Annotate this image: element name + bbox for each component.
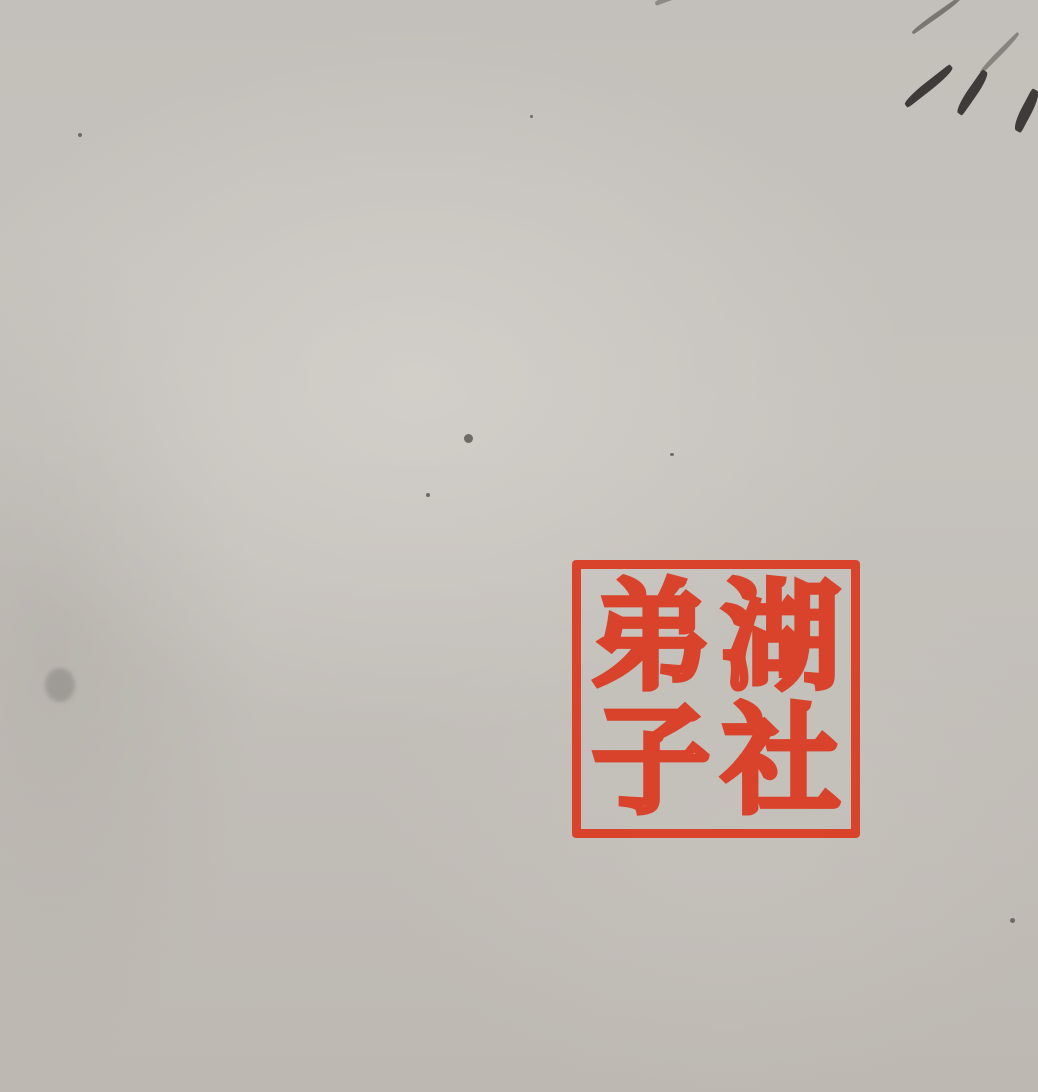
red-seal: 湖 社 弟 子 [572, 560, 860, 838]
seal-char: 社 [722, 702, 840, 820]
seal-right-column: 湖 社 [717, 575, 845, 823]
paper-speck [530, 115, 533, 118]
paper-speck [670, 453, 674, 456]
paper-speck [426, 493, 430, 497]
paper-speck [78, 133, 82, 137]
paper-speck [45, 668, 75, 702]
paper-background [0, 0, 1038, 1092]
seal-char: 弟 [592, 578, 710, 696]
seal-char: 湖 [722, 578, 840, 696]
seal-char: 子 [592, 702, 710, 820]
seal-left-column: 弟 子 [587, 575, 715, 823]
paper-speck [464, 434, 473, 443]
paper-speck [1010, 918, 1015, 923]
